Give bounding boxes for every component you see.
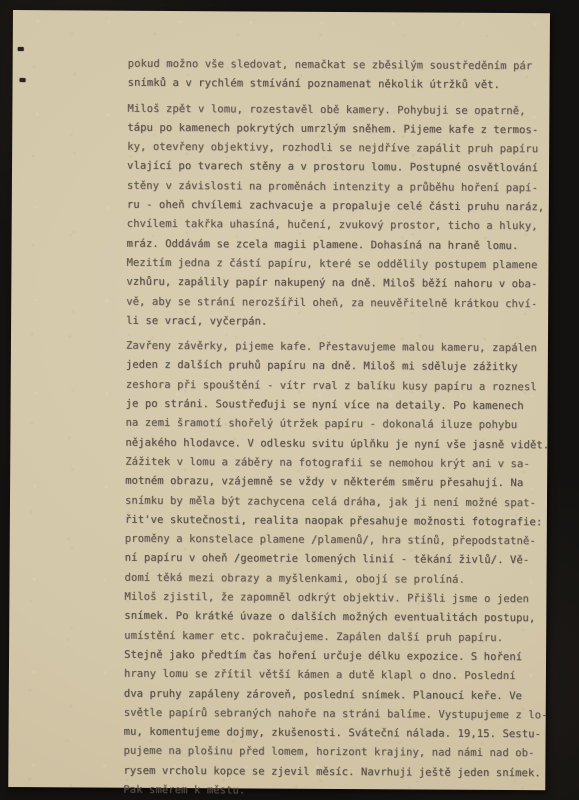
text-line: mu, komentujeme dojmy, zkušenosti. Sváte… — [124, 723, 536, 745]
text-line: dva pruhy zapáleny zároveň, poslední sní… — [124, 684, 536, 706]
text-line: jeden z dalších pruhů papíru na dně. Mil… — [126, 356, 538, 378]
text-line: vě, aby se strání nerozšířil oheň, za ne… — [126, 292, 538, 314]
text-line: hrany lomu se zřítil větší kámen a dutě … — [124, 665, 536, 687]
text-line: Miloš zjistil, že zapomněl odkrýt objekt… — [124, 588, 536, 610]
text-line: Stejně jako předtím čas hoření určuje dé… — [124, 646, 536, 668]
text-line: rysem vrcholu kopce se zjevil měsíc. Nav… — [123, 761, 535, 783]
text-line: snímku by měla být zachycena celá dráha,… — [125, 491, 537, 513]
text-line: Mezitím jedna z částí papíru, které se o… — [126, 254, 538, 276]
text-line: nějakého hlodavce. V odlesku svitu úplňk… — [125, 433, 537, 455]
text-line: domí těká mezi obrazy a myšlenkami, oboj… — [124, 568, 536, 590]
text-line: Miloš zpět v lomu, rozestavěl obě kamery… — [127, 99, 539, 121]
paragraph: Zavřeny závěrky, pijeme kafe. Přestavuje… — [124, 337, 538, 590]
text-line: stěny v závislosti na proměnách intenzit… — [127, 176, 539, 198]
text-line: Zavřeny závěrky, pijeme kafe. Přestavuje… — [126, 337, 538, 359]
text-line: snímků a v rychlém stmívání poznamenat n… — [127, 74, 539, 96]
paragraph: Miloš zpět v lomu, rozestavěl obě kamery… — [126, 99, 539, 333]
paragraph: Miloš zjistil, že zapomněl odkrýt objekt… — [123, 588, 536, 800]
typewritten-text: pokud možno vše sledovat, nemačkat se zb… — [123, 55, 540, 800]
text-line: li se vrací, vyčerpán. — [126, 312, 538, 334]
text-line: umístění kamer etc. pokračujeme. Zapálen… — [124, 626, 536, 648]
text-line: je po stráni. Soustřeďuji se nyní více n… — [126, 395, 538, 417]
text-line: světle papírů sebraných nahoře na stráni… — [124, 703, 536, 725]
text-line: chvílemi takřka uhasíná, hučení, zvukový… — [127, 215, 539, 237]
text-line: vlající po tvarech stěny a v prostoru lo… — [127, 157, 539, 179]
text-line: pujeme na plošinu před lomem, horizont k… — [123, 742, 535, 764]
text-line: proměny a konstelace plamene /plamenů/, … — [125, 530, 537, 552]
text-line: ru - oheň chvílemi zachvacuje a propaluj… — [127, 196, 539, 218]
text-line: motném obrazu, vzájemně se vždy v někter… — [125, 472, 537, 494]
text-line: řit've skutečnosti, realita naopak přesa… — [125, 511, 537, 533]
punch-hole — [20, 78, 26, 82]
document-page: pokud možno vše sledovat, nemačkat se zb… — [8, 10, 550, 790]
text-line: ky, otevřeny objektivy, rozhodli se nejd… — [127, 138, 539, 160]
text-line: mráz. Oddávám se zcela magii plamene. Do… — [127, 234, 539, 256]
text-line: vzhůru, zapálily papír nakupený na dně. … — [126, 273, 538, 295]
text-line: Zážitek v lomu a záběry na fotografii se… — [125, 453, 537, 475]
punch-hole — [18, 47, 24, 51]
text-line: Pak směrem k městu. — [123, 781, 535, 800]
paragraph: pokud možno vše sledovat, nemačkat se zb… — [127, 55, 539, 96]
text-line: pokud možno vše sledovat, nemačkat se zb… — [128, 55, 540, 77]
scanner-background: pokud možno vše sledovat, nemačkat se zb… — [0, 0, 579, 800]
text-line: ní papíru v oheň /geometrie lomených lin… — [125, 549, 537, 571]
text-line: snímek. Po krátké úvaze o dalších možnýc… — [124, 607, 536, 629]
text-line: tápu po kamenech pokrytých umrzlým sněhe… — [127, 119, 539, 141]
text-line: zeshora při spouštění - vítr rval z balí… — [126, 375, 538, 397]
text-line: na zemi šramotí shořelý útržek papíru - … — [125, 414, 537, 436]
